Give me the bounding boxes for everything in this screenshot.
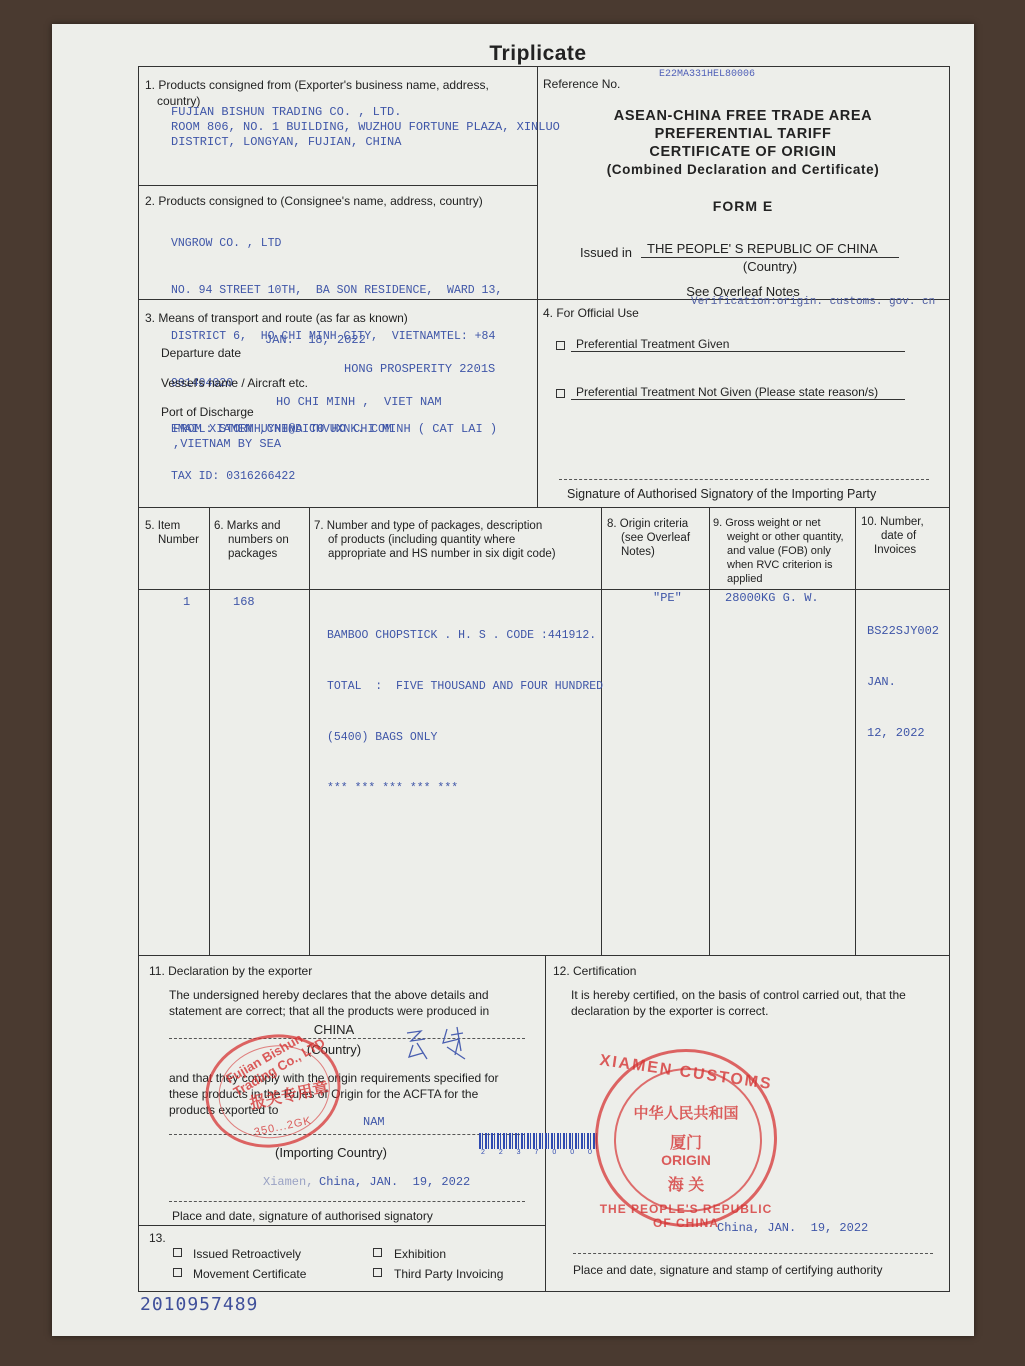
item-number: 1 — [183, 595, 190, 611]
col-header-marks: 6. Marks and numbers on packages — [214, 519, 289, 561]
certificate-title: ASEAN-CHINA FREE TRADE AREA PREFERENTIAL… — [537, 107, 949, 179]
divider — [545, 955, 546, 1291]
description-line: BAMBOO CHOPSTICK . H. S . CODE :441912. — [327, 627, 603, 644]
issued-in-country: THE PEOPLE' S REPUBLIC OF CHINA — [647, 241, 878, 256]
exporter-signature — [399, 1025, 499, 1065]
checkbox-movement-certificate[interactable] — [173, 1268, 182, 1277]
consignee-line: TAX ID: 0316266422 — [171, 469, 502, 485]
divider — [309, 507, 310, 955]
header-line: packages — [214, 547, 289, 561]
signatory-caption: Place and date, signature of authorised … — [172, 1209, 433, 1224]
certificate-page: Triplicate 1. Products consigned from (E… — [52, 24, 974, 1336]
divider — [139, 185, 537, 186]
certification-line: It is hereby certified, on the basis of … — [571, 987, 906, 1003]
certifying-line — [573, 1253, 933, 1254]
option-underline — [571, 351, 905, 352]
header-line: 5. Item — [145, 519, 199, 533]
certification-place-date: China, JAN. 19, 2022 — [717, 1221, 868, 1237]
header-line: when RVC criterion is — [713, 558, 844, 572]
title-line: ASEAN-CHINA FREE TRADE AREA — [537, 107, 949, 125]
importing-signature-caption: Signature of Authorised Signatory of the… — [567, 487, 876, 502]
header-line: (see Overleaf — [607, 531, 690, 545]
box4-label: 4. For Official Use — [543, 306, 639, 321]
description-line: (5400) BAGS ONLY — [327, 729, 603, 746]
option-preferential-not-given: Preferential Treatment Not Given (Please… — [576, 385, 878, 400]
divider — [139, 955, 949, 956]
seal-center-text: ORIGIN — [598, 1152, 774, 1168]
exporter-place-date: China, JAN. 19, 2022 — [319, 1175, 470, 1191]
certification-line: declaration by the exporter is correct. — [571, 1003, 906, 1019]
header-line: Notes) — [607, 545, 690, 559]
port-of-discharge: HO CHI MINH , VIET NAM — [276, 395, 442, 411]
country-caption: (Country) — [641, 259, 899, 274]
route-line: FROM XIAMEN ,CHINA TO HO CHI MINH ( CAT … — [173, 422, 497, 438]
box1-label: 1. Products consigned from (Exporter's b… — [145, 78, 489, 93]
exporter-address-1: ROOM 806, NO. 1 BUILDING, WUZHOU FORTUNE… — [171, 120, 560, 136]
option-preferential-given: Preferential Treatment Given — [576, 337, 729, 352]
certifying-caption: Place and date, signature and stamp of c… — [573, 1263, 883, 1278]
departure-label: Departure date — [161, 346, 241, 361]
invoice-number: BS22SJY002 — [867, 623, 939, 640]
origin-criteria: "PE" — [653, 591, 682, 607]
customs-seal: XIAMEN CUSTOMS 中华人民共和国 厦门 ORIGIN 海 关 THE… — [595, 1049, 777, 1227]
issued-in-underline — [641, 257, 899, 258]
certification-text: It is hereby certified, on the basis of … — [571, 987, 906, 1019]
header-line: and value (FOB) only — [713, 544, 844, 558]
copy-label: Triplicate — [52, 42, 974, 66]
title-line: PREFERENTIAL TARIFF — [537, 125, 949, 143]
vessel-name: HONG PROSPERITY 2201S — [344, 362, 495, 378]
seal-chinese: 海 关 — [598, 1172, 774, 1195]
barcode — [479, 1133, 599, 1149]
issued-in-label: Issued in — [580, 245, 632, 260]
vessel-label: Vessel's name / Aircraft etc. — [161, 376, 308, 391]
box12-label: 12. Certification — [553, 964, 636, 979]
header-line: weight or other quantity, — [713, 530, 844, 544]
signatory-line — [169, 1201, 525, 1202]
seal-chinese: 中华人民共和国 — [598, 1102, 774, 1123]
signature-line — [559, 479, 929, 480]
description: BAMBOO CHOPSTICK . H. S . CODE :441912. … — [327, 593, 603, 831]
title-line: CERTIFICATE OF ORIGIN — [537, 143, 949, 161]
form-frame: 1. Products consigned from (Exporter's b… — [138, 66, 950, 1292]
header-line: Number — [145, 533, 199, 547]
form-name: FORM E — [537, 199, 949, 214]
header-line: applied — [713, 572, 844, 586]
header-line: Invoices — [861, 543, 924, 557]
invoice: BS22SJY002 JAN. 12, 2022 — [867, 589, 939, 776]
divider — [855, 507, 856, 955]
col-header-invoices: 10. Number, date of Invoices — [861, 515, 924, 557]
option-exhibition: Exhibition — [394, 1247, 446, 1262]
option-issued-retroactively: Issued Retroactively — [193, 1247, 301, 1262]
reference-number: E22MA331HEL80006 — [659, 67, 755, 83]
divider — [209, 507, 210, 955]
col-header-item: 5. Item Number — [145, 519, 199, 547]
importing-caption: (Importing Country) — [275, 1145, 387, 1160]
exporter-name: FUJIAN BISHUN TRADING CO. , LTD. — [171, 105, 401, 121]
option-underline — [571, 399, 905, 400]
verification-url[interactable]: Verification:origin. customs. gov. cn — [691, 295, 935, 311]
header-line: numbers on — [214, 533, 289, 547]
consignee-line: NO. 94 STREET 10TH, BA SON RESIDENCE, WA… — [171, 283, 502, 299]
departure-date: JAN. 18, 2022 — [265, 333, 366, 349]
header-line: appropriate and HS number in six digit c… — [314, 547, 556, 561]
reference-label: Reference No. — [543, 77, 620, 92]
checkbox-preferential-not-given[interactable] — [556, 389, 565, 398]
checkbox-third-party-invoicing[interactable] — [373, 1268, 382, 1277]
header-line: 9. Gross weight or net — [713, 516, 844, 530]
declaration-text: The undersigned hereby declares that the… — [169, 987, 489, 1019]
header-line: 8. Origin criteria — [607, 517, 690, 531]
consignee-line: VNGROW CO. , LTD — [171, 236, 502, 252]
invoice-date: JAN. — [867, 674, 939, 691]
seal-chinese: 厦门 — [598, 1130, 774, 1153]
option-movement-certificate: Movement Certificate — [193, 1267, 306, 1282]
box3-label: 3. Means of transport and route (as far … — [145, 311, 408, 326]
marks: 168 — [233, 595, 255, 611]
exporter-address-2: DISTRICT, LONGYAN, FUJIAN, CHINA — [171, 135, 401, 151]
header-line: 7. Number and type of packages, descript… — [314, 519, 556, 533]
header-line: 6. Marks and — [214, 519, 289, 533]
place-prefix: Xiamen, — [263, 1175, 313, 1191]
divider — [709, 507, 710, 955]
declaration-line: The undersigned hereby declares that the… — [169, 987, 489, 1003]
description-line: *** *** *** *** *** — [327, 780, 603, 797]
col-header-weight: 9. Gross weight or net weight or other q… — [713, 516, 844, 586]
box13-label: 13. — [149, 1231, 166, 1246]
declaration-line: statement are correct; that all the prod… — [169, 1003, 489, 1019]
route-line: ,VIETNAM BY SEA — [173, 437, 281, 453]
importing-country: NAM — [363, 1115, 385, 1131]
barcode-digits: 2 2 3 7 0 0 0 — [481, 1149, 598, 1156]
port-label: Port of Discharge — [161, 405, 254, 420]
option-third-party-invoicing: Third Party Invoicing — [394, 1267, 503, 1282]
importing-country-line — [169, 1134, 525, 1135]
header-line: 10. Number, — [861, 515, 924, 529]
checkbox-exhibition[interactable] — [373, 1248, 382, 1257]
divider — [139, 1225, 545, 1226]
company-seal: Fujian Bishun Trading Co., LTD 报关专用章 350… — [195, 1022, 351, 1160]
divider — [139, 589, 949, 590]
gross-weight: 28000KG G. W. — [725, 591, 819, 607]
checkbox-issued-retroactively[interactable] — [173, 1248, 182, 1257]
header-line: of products (including quantity where — [314, 533, 556, 547]
serial-number: 2010957489 — [140, 1294, 258, 1315]
col-header-description: 7. Number and type of packages, descript… — [314, 519, 556, 561]
box11-label: 11. Declaration by the exporter — [149, 964, 312, 979]
title-line: (Combined Declaration and Certificate) — [537, 161, 949, 179]
col-header-origin: 8. Origin criteria (see Overleaf Notes) — [607, 517, 690, 559]
checkbox-preferential-given[interactable] — [556, 341, 565, 350]
invoice-date: 12, 2022 — [867, 725, 939, 742]
header-line: date of — [861, 529, 924, 543]
description-line: TOTAL : FIVE THOUSAND AND FOUR HUNDRED — [327, 678, 603, 695]
